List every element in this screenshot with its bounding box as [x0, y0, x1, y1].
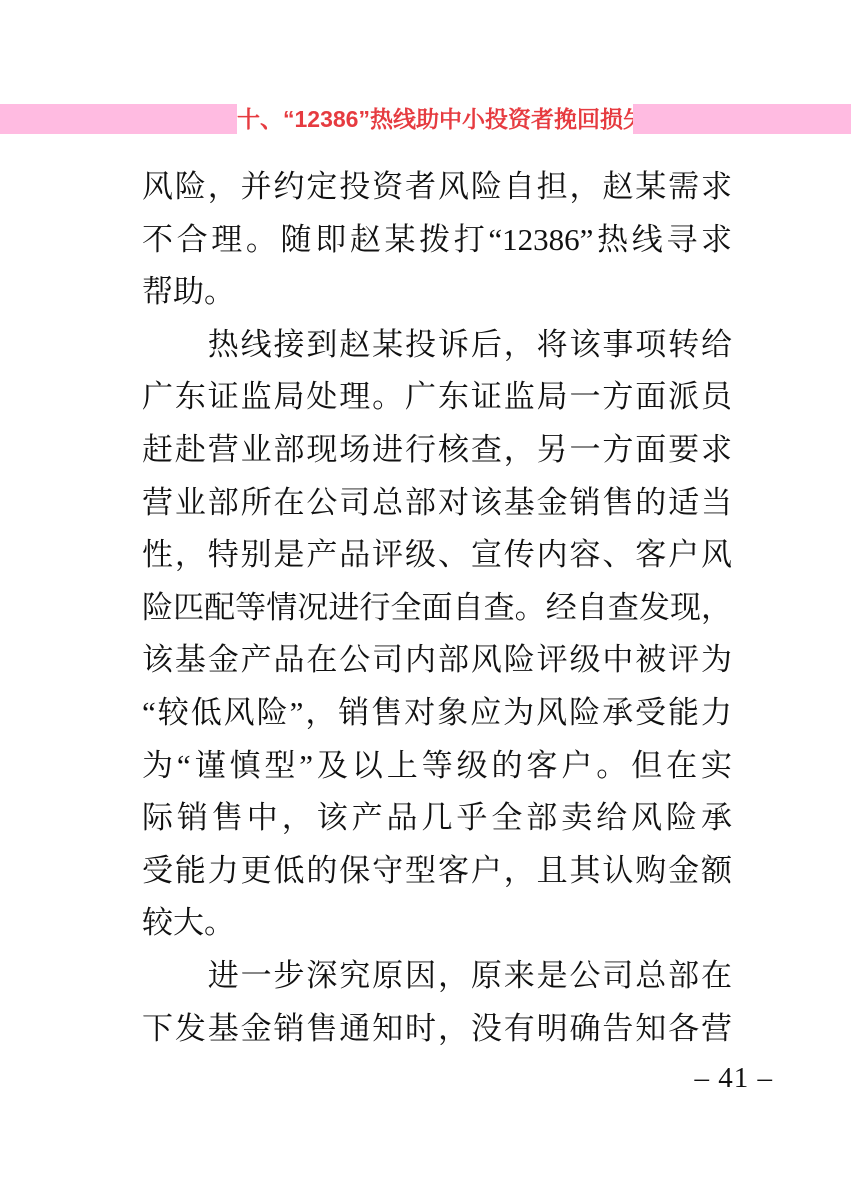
text-line: 赶赴营业部现场进行核查，另一方面要求 — [142, 424, 732, 477]
text-line: 性，特别是产品评级、宣传内容、客户风 — [142, 529, 732, 582]
page-number: – 41 – — [695, 1062, 774, 1095]
body-text: 风险，并约定投资者风险自担，赵某需求 不合理。随即赵某拨打“12386”热线寻求… — [142, 161, 732, 1055]
text-line: 为“谨慎型”及以上等级的客户。但在实 — [142, 740, 732, 793]
header-bar-right — [633, 104, 851, 134]
text-line: 不合理。随即赵某拨打“12386”热线寻求 — [142, 214, 732, 267]
text-line: 际销售中，该产品几乎全部卖给风险承 — [142, 792, 732, 845]
text-line: 受能力更低的保守型客户，且其认购金额 — [142, 845, 732, 898]
text-line: 风险，并约定投资者风险自担，赵某需求 — [142, 161, 732, 214]
text-line: 热线接到赵某投诉后，将该事项转给 — [142, 319, 732, 372]
text-line: “较低风险”，销售对象应为风险承受能力 — [142, 687, 732, 740]
text-line: 险匹配等情况进行全面自查。经自查发现， — [142, 582, 732, 635]
text-line: 该基金产品在公司内部风险评级中被评为 — [142, 634, 732, 687]
text-line: 帮助。 — [142, 266, 732, 319]
text-line: 较大。 — [142, 897, 732, 950]
document-page: 十、“12386”热线助中小投资者挽回损失 风险，并约定投资者风险自担，赵某需求… — [0, 0, 851, 1189]
text-line: 进一步深究原因，原来是公司总部在 — [142, 950, 732, 1003]
header-bar-left — [0, 104, 237, 134]
text-line: 广东证监局处理。广东证监局一方面派员 — [142, 371, 732, 424]
chapter-header: 十、“12386”热线助中小投资者挽回损失 — [0, 104, 851, 134]
chapter-title: 十、“12386”热线助中小投资者挽回损失 — [237, 104, 633, 134]
text-line: 下发基金销售通知时，没有明确告知各营 — [142, 1003, 732, 1056]
text-line: 营业部所在公司总部对该基金销售的适当 — [142, 477, 732, 530]
